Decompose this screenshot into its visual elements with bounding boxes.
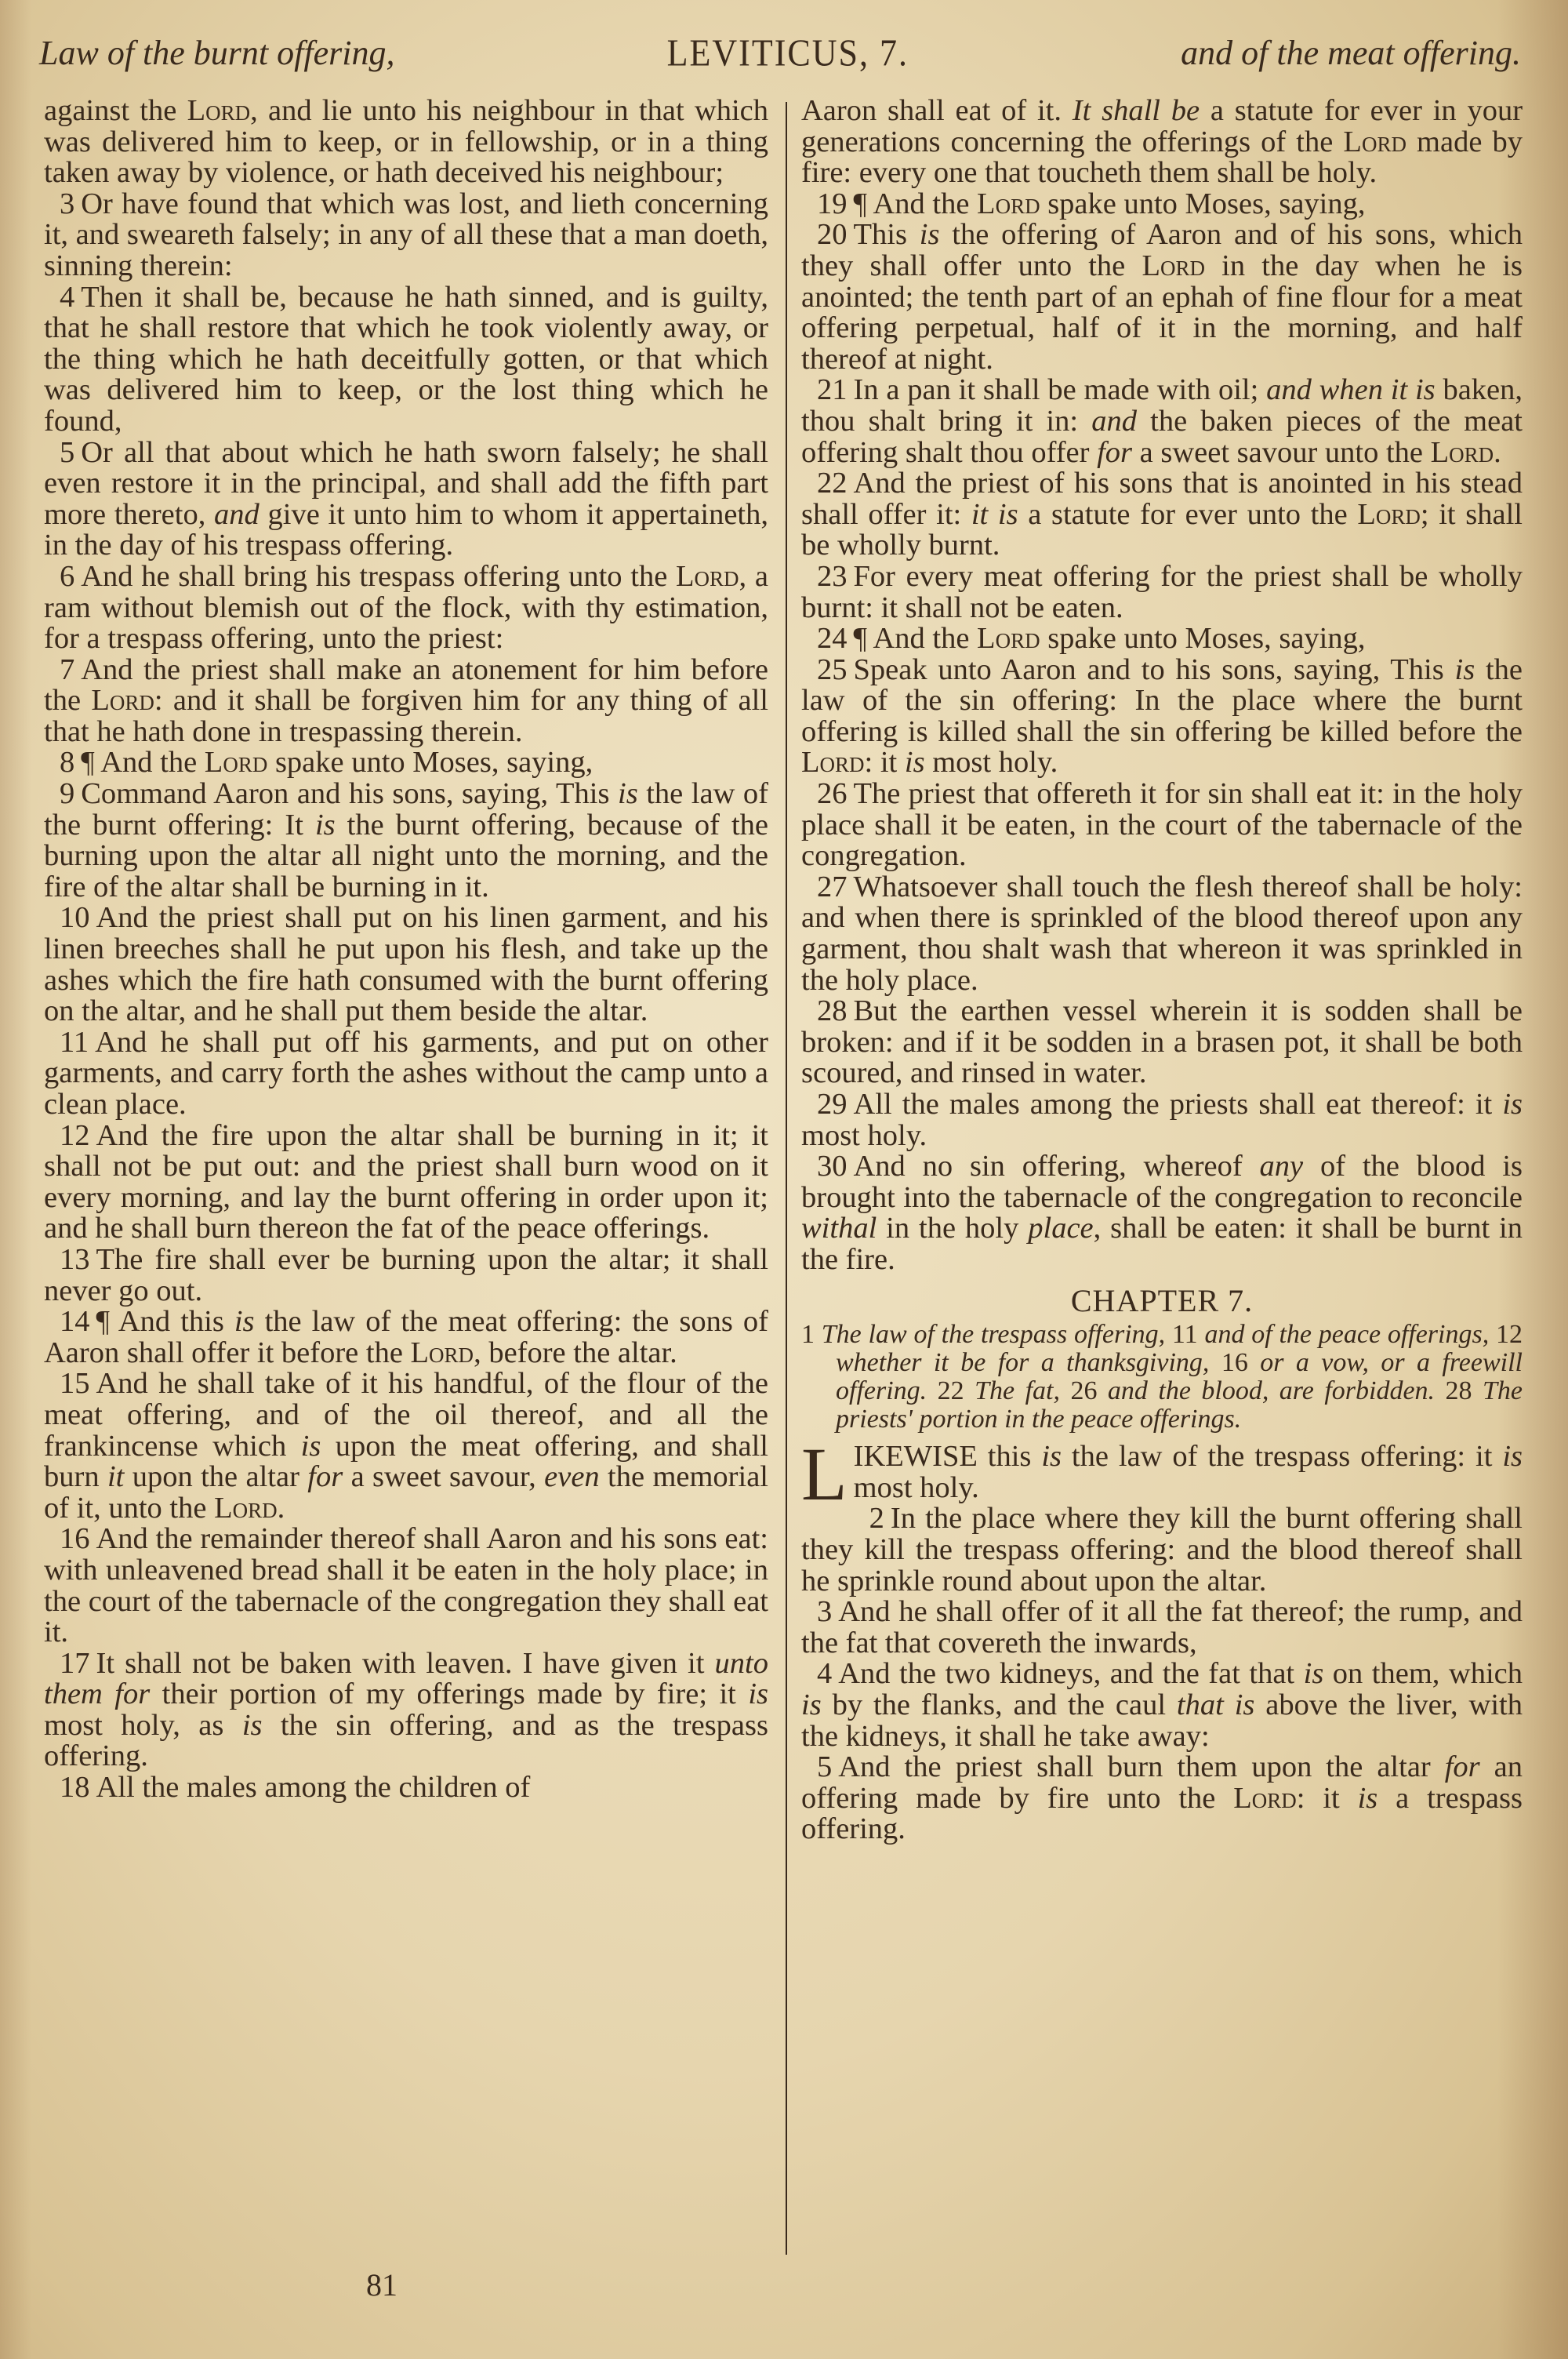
verse-text: And he shall offer of it all the fat the…: [801, 1595, 1523, 1659]
verse-3: 3And he shall offer of it all the fat th…: [801, 1597, 1523, 1659]
verse-text: ¶ And this is the law of the meat offeri…: [44, 1305, 768, 1369]
verse-number: 21: [817, 373, 848, 406]
verse-number: 27: [817, 871, 848, 903]
verse-text: This is the offering of Aaron and of his…: [801, 218, 1523, 375]
verse-text: For every meat offering for the priest s…: [801, 560, 1523, 624]
chapter-heading: CHAPTER 7.: [801, 1285, 1523, 1317]
verse-number: 10: [60, 901, 90, 934]
verse-number: 5: [60, 436, 74, 469]
running-head: Law of the burnt offering, LEVITICUS, 7.…: [39, 33, 1521, 80]
left-column: against the Lord, and lie unto his neigh…: [44, 96, 768, 1804]
drop-cap-letter: L: [801, 1445, 848, 1504]
verse-number: 4: [60, 281, 74, 314]
verse-text: All the males among the children of: [96, 1771, 531, 1804]
verse-continuation: Aaron shall eat of it. It shall be a sta…: [801, 96, 1523, 189]
verse-number: 18: [60, 1771, 90, 1804]
verse-25: 25Speak unto Aaron and to his sons, sayi…: [801, 655, 1523, 779]
column-divider-rule: [786, 102, 787, 2255]
verse-text: All the males among the priests shall ea…: [801, 1088, 1523, 1152]
page-edge-shadow-left: [0, 0, 31, 2359]
verse-number: 12: [60, 1119, 90, 1152]
verse-5: 5Or all that about which he hath sworn f…: [44, 438, 768, 562]
verse-text: ¶ And the Lord spake unto Moses, saying,: [854, 622, 1366, 655]
verse-4: 4And the two kidneys, and the fat that i…: [801, 1659, 1523, 1752]
verse-text: The priest that offereth it for sin shal…: [801, 777, 1523, 872]
verse-text: And the priest shall make an atonement f…: [44, 653, 768, 748]
verse-10: 10And the priest shall put on his linen …: [44, 903, 768, 1027]
verse-number: 29: [817, 1088, 848, 1121]
verse-text: And the fire upon the altar shall be bur…: [44, 1119, 768, 1245]
verse-8: 8¶ And the Lord spake unto Moses, saying…: [44, 747, 768, 779]
verse-number: 2: [869, 1502, 884, 1535]
chapter-summary: 1 The law of the trespass offering, 11 a…: [801, 1321, 1523, 1434]
verse-28: 28But the earthen vessel wherein it is s…: [801, 996, 1523, 1089]
verse-number: 20: [817, 218, 848, 251]
verse-24: 24¶ And the Lord spake unto Moses, sayin…: [801, 623, 1523, 655]
running-head-book-chapter: LEVITICUS, 7.: [667, 31, 909, 75]
verse-17: 17It shall not be baken with leaven. I h…: [44, 1648, 768, 1772]
verse-number: 5: [817, 1750, 832, 1783]
verse-text: And the priest of his sons that is anoin…: [801, 467, 1523, 562]
verse-number: 25: [817, 653, 848, 686]
verse-text: It shall not be baken with leaven. I hav…: [44, 1647, 768, 1773]
verse-4: 4Then it shall be, because he hath sinne…: [44, 282, 768, 438]
verse-number: 16: [60, 1522, 90, 1555]
verse-text: The fire shall ever be burning upon the …: [44, 1243, 768, 1307]
verse-21: 21In a pan it shall be made with oil; an…: [801, 375, 1523, 468]
verse-1-text: IKEWISE this is the law of the trespass …: [854, 1440, 1523, 1504]
verse-27: 27Whatsoever shall touch the flesh there…: [801, 872, 1523, 996]
verse-18: 18All the males among the children of: [44, 1772, 768, 1804]
verse-text: Then it shall be, because he hath sinned…: [44, 281, 768, 438]
verse-30: 30And no sin offering, whereof any of th…: [801, 1151, 1523, 1275]
verse-number: 15: [60, 1367, 90, 1400]
verse-text: And he shall put off his garments, and p…: [44, 1026, 768, 1121]
verse-text: And he shall take of it his handful, of …: [44, 1367, 768, 1524]
verse-text: Command Aaron and his sons, saying, This…: [44, 777, 768, 903]
verse-number: 8: [60, 746, 74, 779]
verse-text: Whatsoever shall touch the flesh thereof…: [801, 871, 1523, 997]
verse-number: 3: [60, 187, 74, 220]
verse-text: against the Lord, and lie unto his neigh…: [44, 94, 768, 189]
verse-text: And the priest shall burn them upon the …: [801, 1750, 1523, 1845]
verse-number: 3: [817, 1595, 832, 1628]
verse-text: Or have found that which was lost, and l…: [44, 187, 768, 282]
verse-7: 7And the priest shall make an atonement …: [44, 655, 768, 748]
verse-number: 26: [817, 777, 848, 810]
verse-16: 16And the remainder thereof shall Aaron …: [44, 1524, 768, 1648]
verse-22: 22And the priest of his sons that is ano…: [801, 468, 1523, 562]
verse-text: And the priest shall put on his linen ga…: [44, 901, 768, 1027]
verse-5: 5And the priest shall burn them upon the…: [801, 1752, 1523, 1845]
verse-number: 4: [817, 1657, 832, 1690]
verse-26: 26The priest that offereth it for sin sh…: [801, 779, 1523, 872]
verse-19: 19¶ And the Lord spake unto Moses, sayin…: [801, 189, 1523, 220]
verse-continuation: against the Lord, and lie unto his neigh…: [44, 96, 768, 189]
verse-number: 19: [817, 187, 848, 220]
verse-text: In the place where they kill the burnt o…: [801, 1502, 1523, 1597]
verse-12: 12And the fire upon the altar shall be b…: [44, 1121, 768, 1245]
verse-text: But the earthen vessel wherein it is sod…: [801, 994, 1523, 1089]
verse-number: 13: [60, 1243, 90, 1276]
verse-text: And no sin offering, whereof any of the …: [801, 1150, 1523, 1276]
verse-text: Speak unto Aaron and to his sons, saying…: [801, 653, 1523, 780]
verse-text: And he shall bring his trespass offering…: [44, 560, 768, 655]
bible-page: Law of the burnt offering, LEVITICUS, 7.…: [0, 0, 1568, 2359]
verse-number: 14: [60, 1305, 90, 1338]
verse-15: 15And he shall take of it his handful, o…: [44, 1369, 768, 1524]
verse-3: 3Or have found that which was lost, and …: [44, 189, 768, 282]
verse-20: 20This is the offering of Aaron and of h…: [801, 220, 1523, 375]
verse-text: Aaron shall eat of it. It shall be a sta…: [801, 94, 1523, 189]
verse-text: ¶ And the Lord spake unto Moses, saying,: [854, 187, 1366, 220]
right-column: Aaron shall eat of it. It shall be a sta…: [801, 96, 1523, 1845]
verse-text: ¶ And the Lord spake unto Moses, saying,: [81, 746, 593, 779]
verse-number: 17: [60, 1647, 90, 1680]
verse-23: 23For every meat offering for the priest…: [801, 562, 1523, 623]
verse-number: 28: [817, 994, 848, 1027]
verse-text: And the remainder thereof shall Aaron an…: [44, 1522, 768, 1648]
verse-number: 24: [817, 622, 848, 655]
verse-2: 2In the place where they kill the burnt …: [801, 1503, 1523, 1597]
verse-text: In a pan it shall be made with oil; and …: [801, 373, 1523, 468]
verse-number: 22: [817, 467, 848, 500]
page-number: 81: [343, 2266, 421, 2303]
running-head-right: and of the meat offering.: [1181, 33, 1521, 73]
right-column-chapter-6-verses: Aaron shall eat of it. It shall be a sta…: [801, 96, 1523, 1276]
verse-number: 7: [60, 653, 74, 686]
verse-number: 30: [817, 1150, 848, 1183]
verse-number: 6: [60, 560, 74, 593]
verse-13: 13The fire shall ever be burning upon th…: [44, 1245, 768, 1307]
verse-6: 6And he shall bring his trespass offerin…: [44, 562, 768, 655]
chapter-7-verse-1: L IKEWISE this is the law of the trespas…: [801, 1441, 1523, 1503]
verse-text: And the two kidneys, and the fat that is…: [801, 1657, 1523, 1752]
verse-9: 9Command Aaron and his sons, saying, Thi…: [44, 779, 768, 903]
verse-14: 14¶ And this is the law of the meat offe…: [44, 1307, 768, 1369]
verse-11: 11And he shall put off his garments, and…: [44, 1027, 768, 1121]
right-column-chapter-7-verses: 2In the place where they kill the burnt …: [801, 1503, 1523, 1845]
running-head-left: Law of the burnt offering,: [39, 33, 394, 73]
verse-29: 29All the males among the priests shall …: [801, 1089, 1523, 1151]
verse-number: 9: [60, 777, 74, 810]
verse-number: 11: [60, 1026, 89, 1059]
verse-number: 23: [817, 560, 848, 593]
verse-text: Or all that about which he hath sworn fa…: [44, 436, 768, 562]
